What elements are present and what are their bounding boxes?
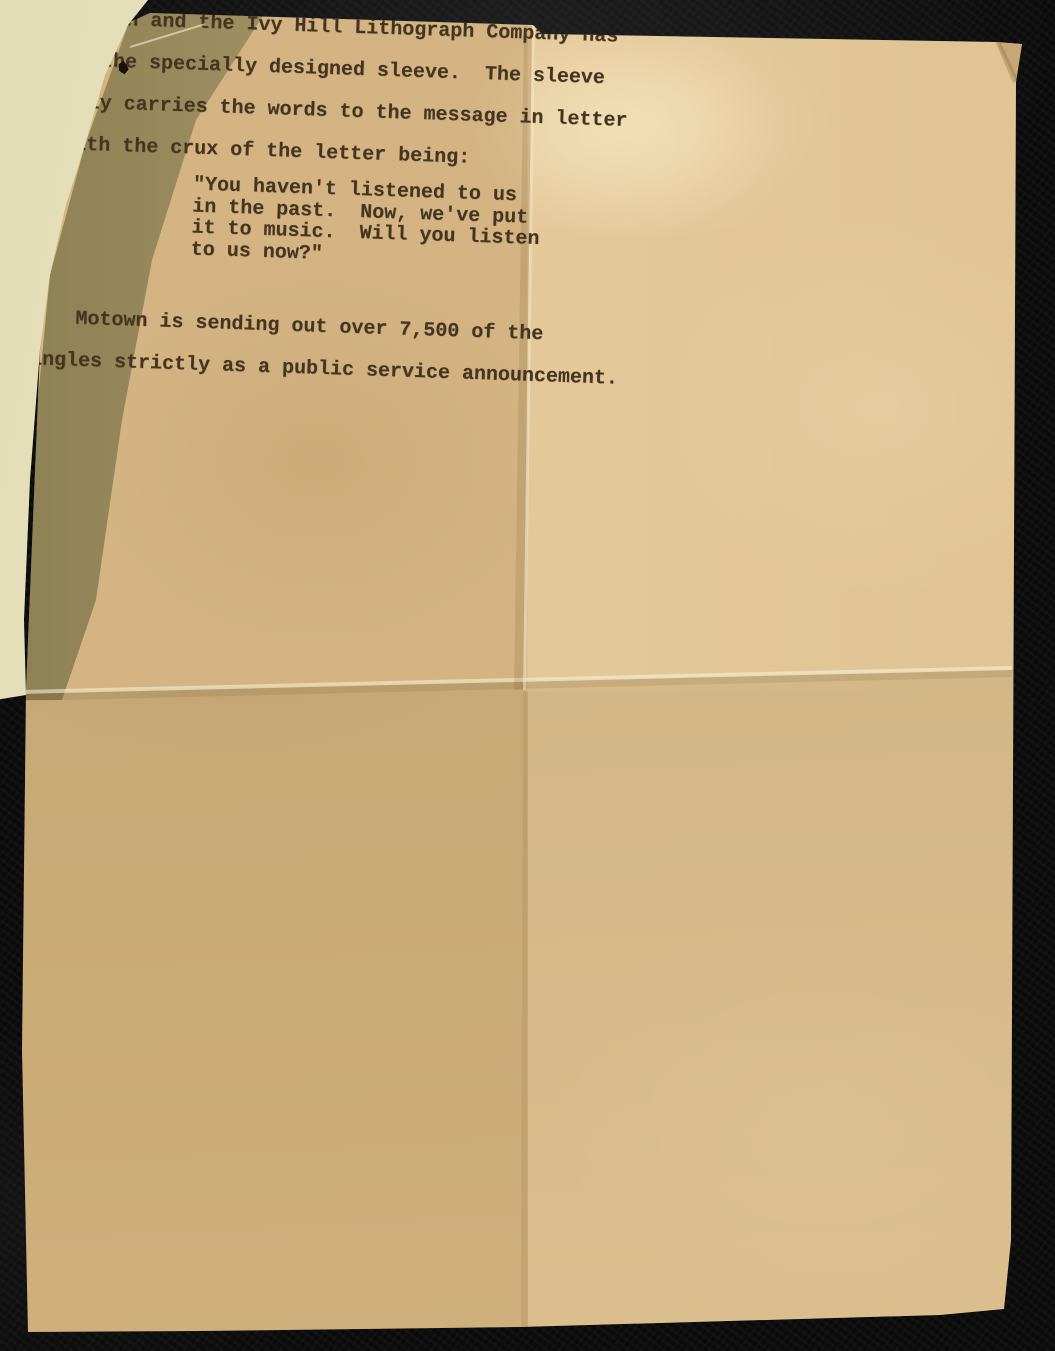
quote-block: "You haven't listened to us in the past.…: [190, 175, 541, 272]
document-page: cooperation and the Ivy Hill Lithograph …: [0, 0, 1055, 1351]
typewritten-text: cooperation and the Ivy Hill Lithograph …: [0, 0, 740, 444]
paragraph: Motown is sending out over 7,500 of the …: [17, 297, 620, 401]
photo-background: cooperation and the Ivy Hill Lithograph …: [0, 0, 1055, 1351]
